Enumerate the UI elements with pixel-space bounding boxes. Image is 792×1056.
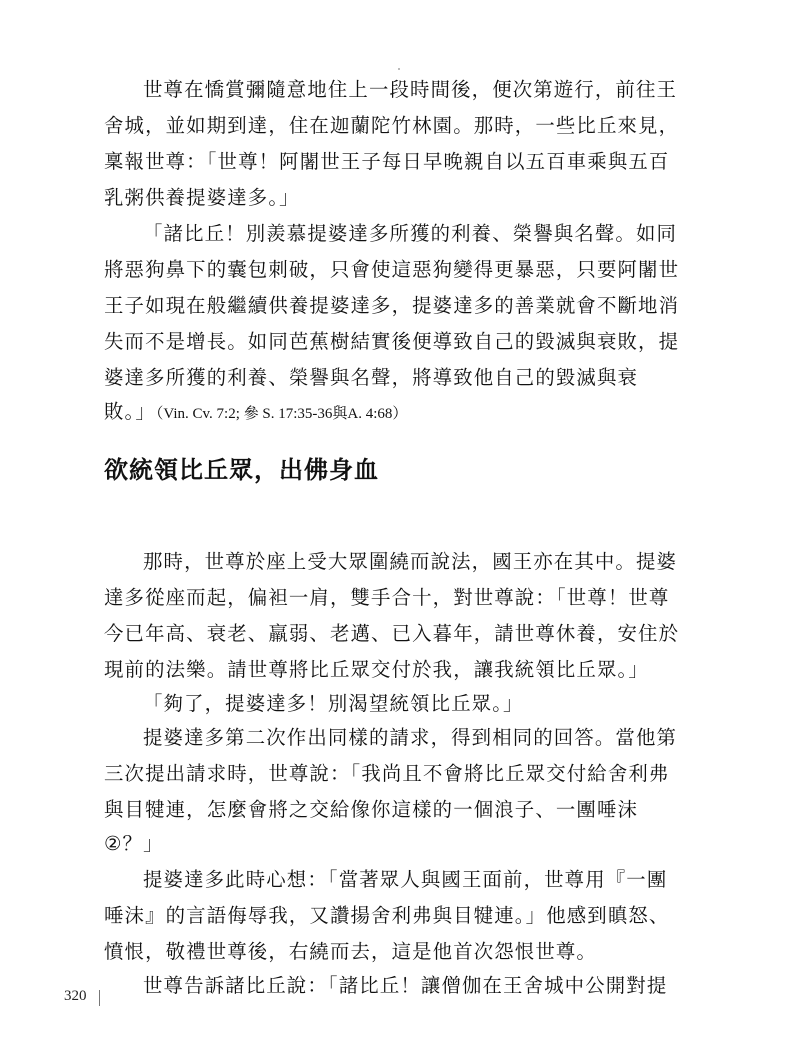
paragraph-2-line-3: 王子如現在般繼續供養提婆達多，提婆達多的善業就會不斷地消 <box>104 292 679 320</box>
scripture-citation: （Vin. Cv. 7:2; 參 S. 17:35-36與A. 4:68） <box>156 406 407 422</box>
paragraph-3-line-2: 達多從座而起，偏袒一肩，雙手合十，對世尊說：「世尊！世尊 <box>104 584 669 612</box>
paragraph-2-line-5: 婆達多所獲的利養、榮譽與名聲，將導致他自己的毀滅與衰 <box>104 364 638 392</box>
paragraph-5-line-3: 與目犍連，怎麼會將之交給像你這樣的一個浪子、一團唾沫 <box>104 796 638 824</box>
scan-speck <box>398 68 400 70</box>
page-number-divider <box>99 990 100 1006</box>
paragraph-3-line-3: 今已年高、衰老、羸弱、老邁、已入暮年，請世尊休養，安住於 <box>104 620 679 648</box>
paragraph-5-line-2: 三次提出請求時，世尊說：「我尚且不會將比丘眾交付給舍利弗 <box>104 760 669 788</box>
paragraph-1-line-1: 世尊在憍賞彌隨意地住上一段時間後，便次第遊行，前往王 <box>104 76 677 104</box>
paragraph-2-line-2: 將惡狗鼻下的囊包刺破，只會使這惡狗變得更暴惡，只要阿闍世 <box>104 256 679 284</box>
paragraph-3-line-1: 那時，世尊於座上受大眾圍繞而說法，國王亦在其中。提婆 <box>104 548 677 576</box>
paragraph-3-line-4: 現前的法樂。請世尊將比丘眾交付於我，讓我統領比丘眾。」 <box>104 656 649 684</box>
paragraph-5-line-4: ②？」 <box>104 830 164 858</box>
paragraph-6-line-2: 唾沫』的言語侮辱我，又讚揚舍利弗與目犍連。」他感到瞋怒、 <box>104 902 669 930</box>
paragraph-1-line-4: 乳粥供養提婆達多。」 <box>104 184 300 212</box>
paragraph-5-line-1: 提婆達多第二次作出同樣的請求，得到相同的回答。當他第 <box>104 724 677 752</box>
paragraph-2-line-1: 「諸比丘！別羨慕提婆達多所獲的利養、榮譽與名聲。如同 <box>104 220 677 248</box>
page-number: 320 <box>64 988 87 1005</box>
paragraph-1-line-2: 舍城，並如期到達，住在迦蘭陀竹林園。那時，一些比丘來見， <box>104 112 679 140</box>
paragraph-6-line-1: 提婆達多此時心想：「當著眾人與國王面前，世尊用『一團 <box>104 866 667 894</box>
paragraph-1-line-3: 稟報世尊：「世尊！阿闍世王子每日早晚親自以五百車乘與五百 <box>104 148 669 176</box>
paragraph-2-line-6: 敗。」（Vin. Cv. 7:2; 參 S. 17:35-36與A. 4:68） <box>104 398 407 428</box>
paragraph-2-line-4: 失而不是增長。如同芭蕉樹結實後便導致自己的毀滅與衰敗，提 <box>104 328 679 356</box>
section-heading: 欲統領比丘眾，出佛身血 <box>104 450 379 485</box>
paragraph-4-line-1: 「夠了，提婆達多！別渴望統領比丘眾。」 <box>104 690 524 718</box>
paragraph-7-line-1: 世尊告訴諸比丘說：「諸比丘！讓僧伽在王舍城中公開對提 <box>104 972 667 1000</box>
paragraph-2-line-6-text: 敗。」 <box>104 400 156 423</box>
paragraph-6-line-3: 憤恨，敬禮世尊後，右繞而去，這是他首次怨恨世尊。 <box>104 938 597 966</box>
